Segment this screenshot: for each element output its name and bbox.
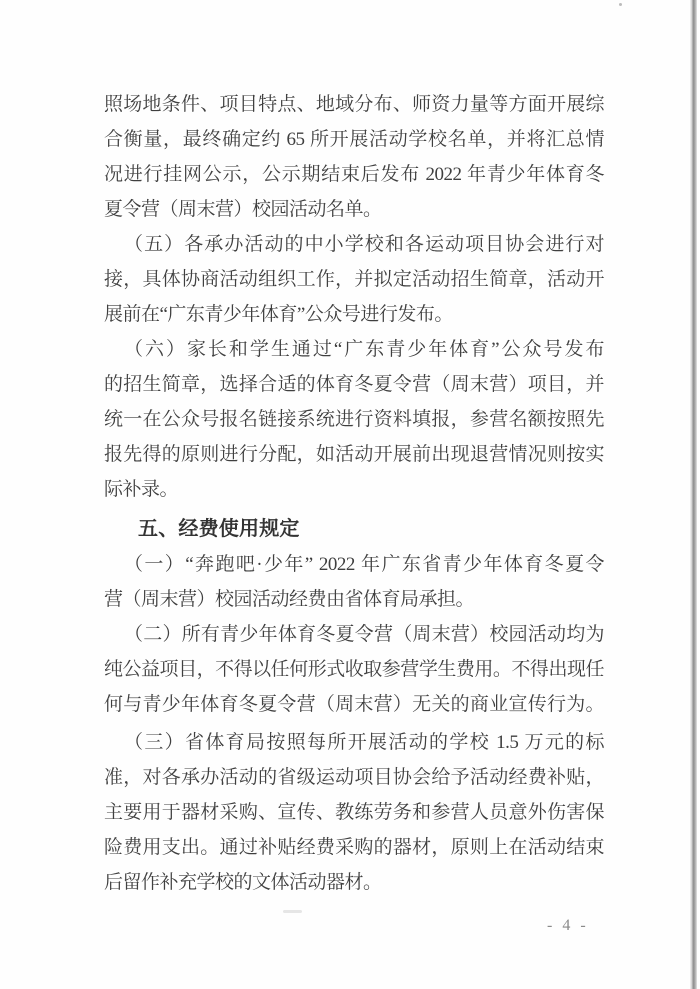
body-line: 照场地条件、项目特点、地域分布、师资力量等方面开展综	[104, 87, 604, 122]
body-line: 报先得的原则进行分配，如活动开展前出现退营情况则按实	[104, 437, 604, 472]
scan-speck	[619, 3, 622, 6]
document-page: 照场地条件、项目特点、地域分布、师资力量等方面开展综 合衡量，最终确定约 65 …	[0, 0, 700, 989]
body-line: （五）各承办活动的中小学校和各运动项目协会进行对	[104, 227, 604, 262]
body-line: 准，对各承办活动的省级运动项目协会给予活动经费补贴，	[104, 760, 604, 795]
body-line: 际补录。	[104, 472, 604, 507]
body-line: 营（周末营）校园活动经费由省体育局承担。	[104, 582, 604, 617]
body-line: 况进行挂网公示，公示期结束后发布 2022 年青少年体育冬	[104, 157, 604, 192]
body-line: 展前在“广东青少年体育”公众号进行发布。	[104, 297, 604, 332]
body-line: （二）所有青少年体育冬夏令营（周末营）校园活动均为	[104, 617, 604, 652]
body-line: 的招生简章，选择合适的体育冬夏令营（周末营）项目，并	[104, 367, 604, 402]
body-line: 接，具体协商活动组织工作，并拟定活动招生简章，活动开	[104, 262, 604, 297]
body-line: 险费用支出。通过补贴经费采购的器材，原则上在活动结束	[104, 830, 604, 865]
body-line: 统一在公众号报名链接系统进行资料填报，参营名额按照先	[104, 402, 604, 437]
scan-smudge	[283, 910, 302, 913]
body-line: 后留作补充学校的文体活动器材。	[104, 865, 604, 900]
body-line: （一）“奔跑吧·少年” 2022 年广东省青少年体育冬夏令	[104, 547, 604, 582]
body-line: 主要用于器材采购、宣传、教练劳务和参营人员意外伤害保	[104, 795, 604, 830]
body-line: 何与青少年体育冬夏令营（周末营）无关的商业宣传行为。	[104, 687, 604, 722]
body-line: （三）省体育局按照每所开展活动的学校 1.5 万元的标	[104, 725, 604, 760]
body-line: 合衡量，最终确定约 65 所开展活动学校名单，并将汇总情	[104, 122, 604, 157]
scan-edge-artifact	[690, 0, 697, 989]
body-line: （六）家长和学生通过“广东青少年体育”公众号发布	[104, 332, 604, 367]
body-line: 夏令营（周末营）校园活动名单。	[104, 192, 604, 227]
body-line: 纯公益项目，不得以任何形式收取参营学生费用。不得出现任	[104, 652, 604, 687]
section-heading: 五、经费使用规定	[104, 512, 604, 547]
text-block: 照场地条件、项目特点、地域分布、师资力量等方面开展综 合衡量，最终确定约 65 …	[104, 87, 604, 900]
page-number: - 4 -	[547, 914, 589, 938]
